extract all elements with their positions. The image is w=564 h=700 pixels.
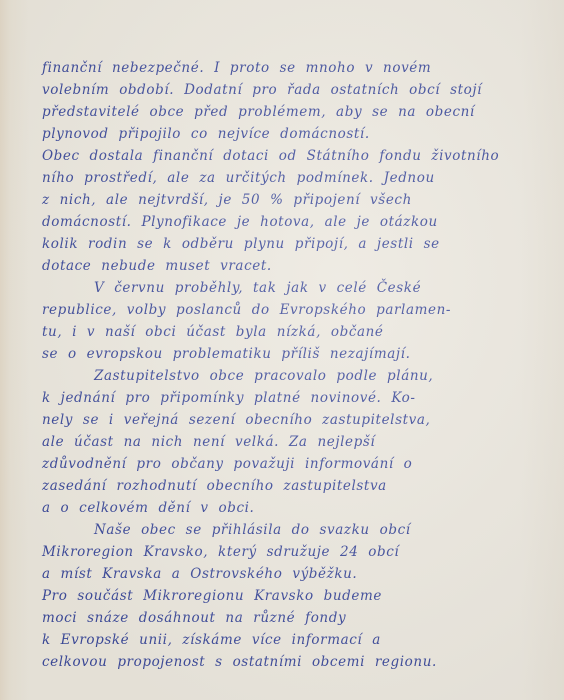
handwritten-line: celkovou propojenost s ostatními obcemi … — [42, 652, 437, 672]
handwritten-line: Mikroregion Kravsko, který sdružuje 24 o… — [42, 542, 399, 562]
handwritten-line: tu, i v naší obci účast byla nízká, obča… — [42, 322, 384, 342]
handwritten-line: ního prostředí, ale za určitých podmínek… — [42, 168, 435, 188]
handwritten-line: představitelé obce před problémem, aby s… — [42, 102, 475, 122]
handwritten-line: Obec dostala finanční dotaci od Státního… — [42, 146, 499, 166]
handwritten-line: kolik rodin se k odběru plynu připojí, a… — [42, 234, 440, 254]
handwritten-line: k jednání pro připomínky platné novinové… — [42, 388, 416, 408]
handwritten-page: finanční nebezpečné. I proto se mnoho v … — [0, 0, 564, 700]
handwritten-line: nely se i veřejná sezení obecního zastup… — [42, 410, 430, 430]
handwritten-line: V červnu proběhly, tak jak v celé České — [42, 278, 421, 298]
handwritten-line: a o celkovém dění v obci. — [42, 498, 254, 518]
handwritten-line: ale účast na nich není velká. Za nejlepš… — [42, 432, 375, 452]
handwritten-line: se o evropskou problematiku příliš nezaj… — [42, 344, 410, 364]
handwritten-line: finanční nebezpečné. I proto se mnoho v … — [42, 58, 431, 78]
handwritten-line: volebním období. Dodatní pro řada ostatn… — [42, 80, 482, 100]
handwritten-line: Naše obec se přihlásila do svazku obcí — [42, 520, 411, 540]
handwritten-line: moci snáze dosáhnout na různé fondy — [42, 608, 346, 628]
handwritten-line: domácností. Plynofikace je hotova, ale j… — [42, 212, 438, 232]
handwritten-line: a míst Kravska a Ostrovského výběžku. — [42, 564, 357, 584]
handwritten-line: republice, volby poslanců do Evropského … — [42, 300, 451, 320]
handwritten-line: zasedání rozhodnutí obecního zastupitels… — [42, 476, 387, 496]
handwritten-line: z nich, ale nejtvrdší, je 50 % připojení… — [42, 190, 412, 210]
handwritten-line: k Evropské unii, získáme více informací … — [42, 630, 381, 650]
handwritten-line: zdůvodnění pro občany považuji informová… — [42, 454, 412, 474]
handwritten-line: Zastupitelstvo obce pracovalo podle plán… — [42, 366, 433, 386]
handwritten-line: dotace nebude muset vracet. — [42, 256, 272, 276]
handwritten-line: plynovod připojilo co nejvíce domácností… — [42, 124, 370, 144]
handwritten-line: Pro součást Mikroregionu Kravsko budeme — [42, 586, 382, 606]
